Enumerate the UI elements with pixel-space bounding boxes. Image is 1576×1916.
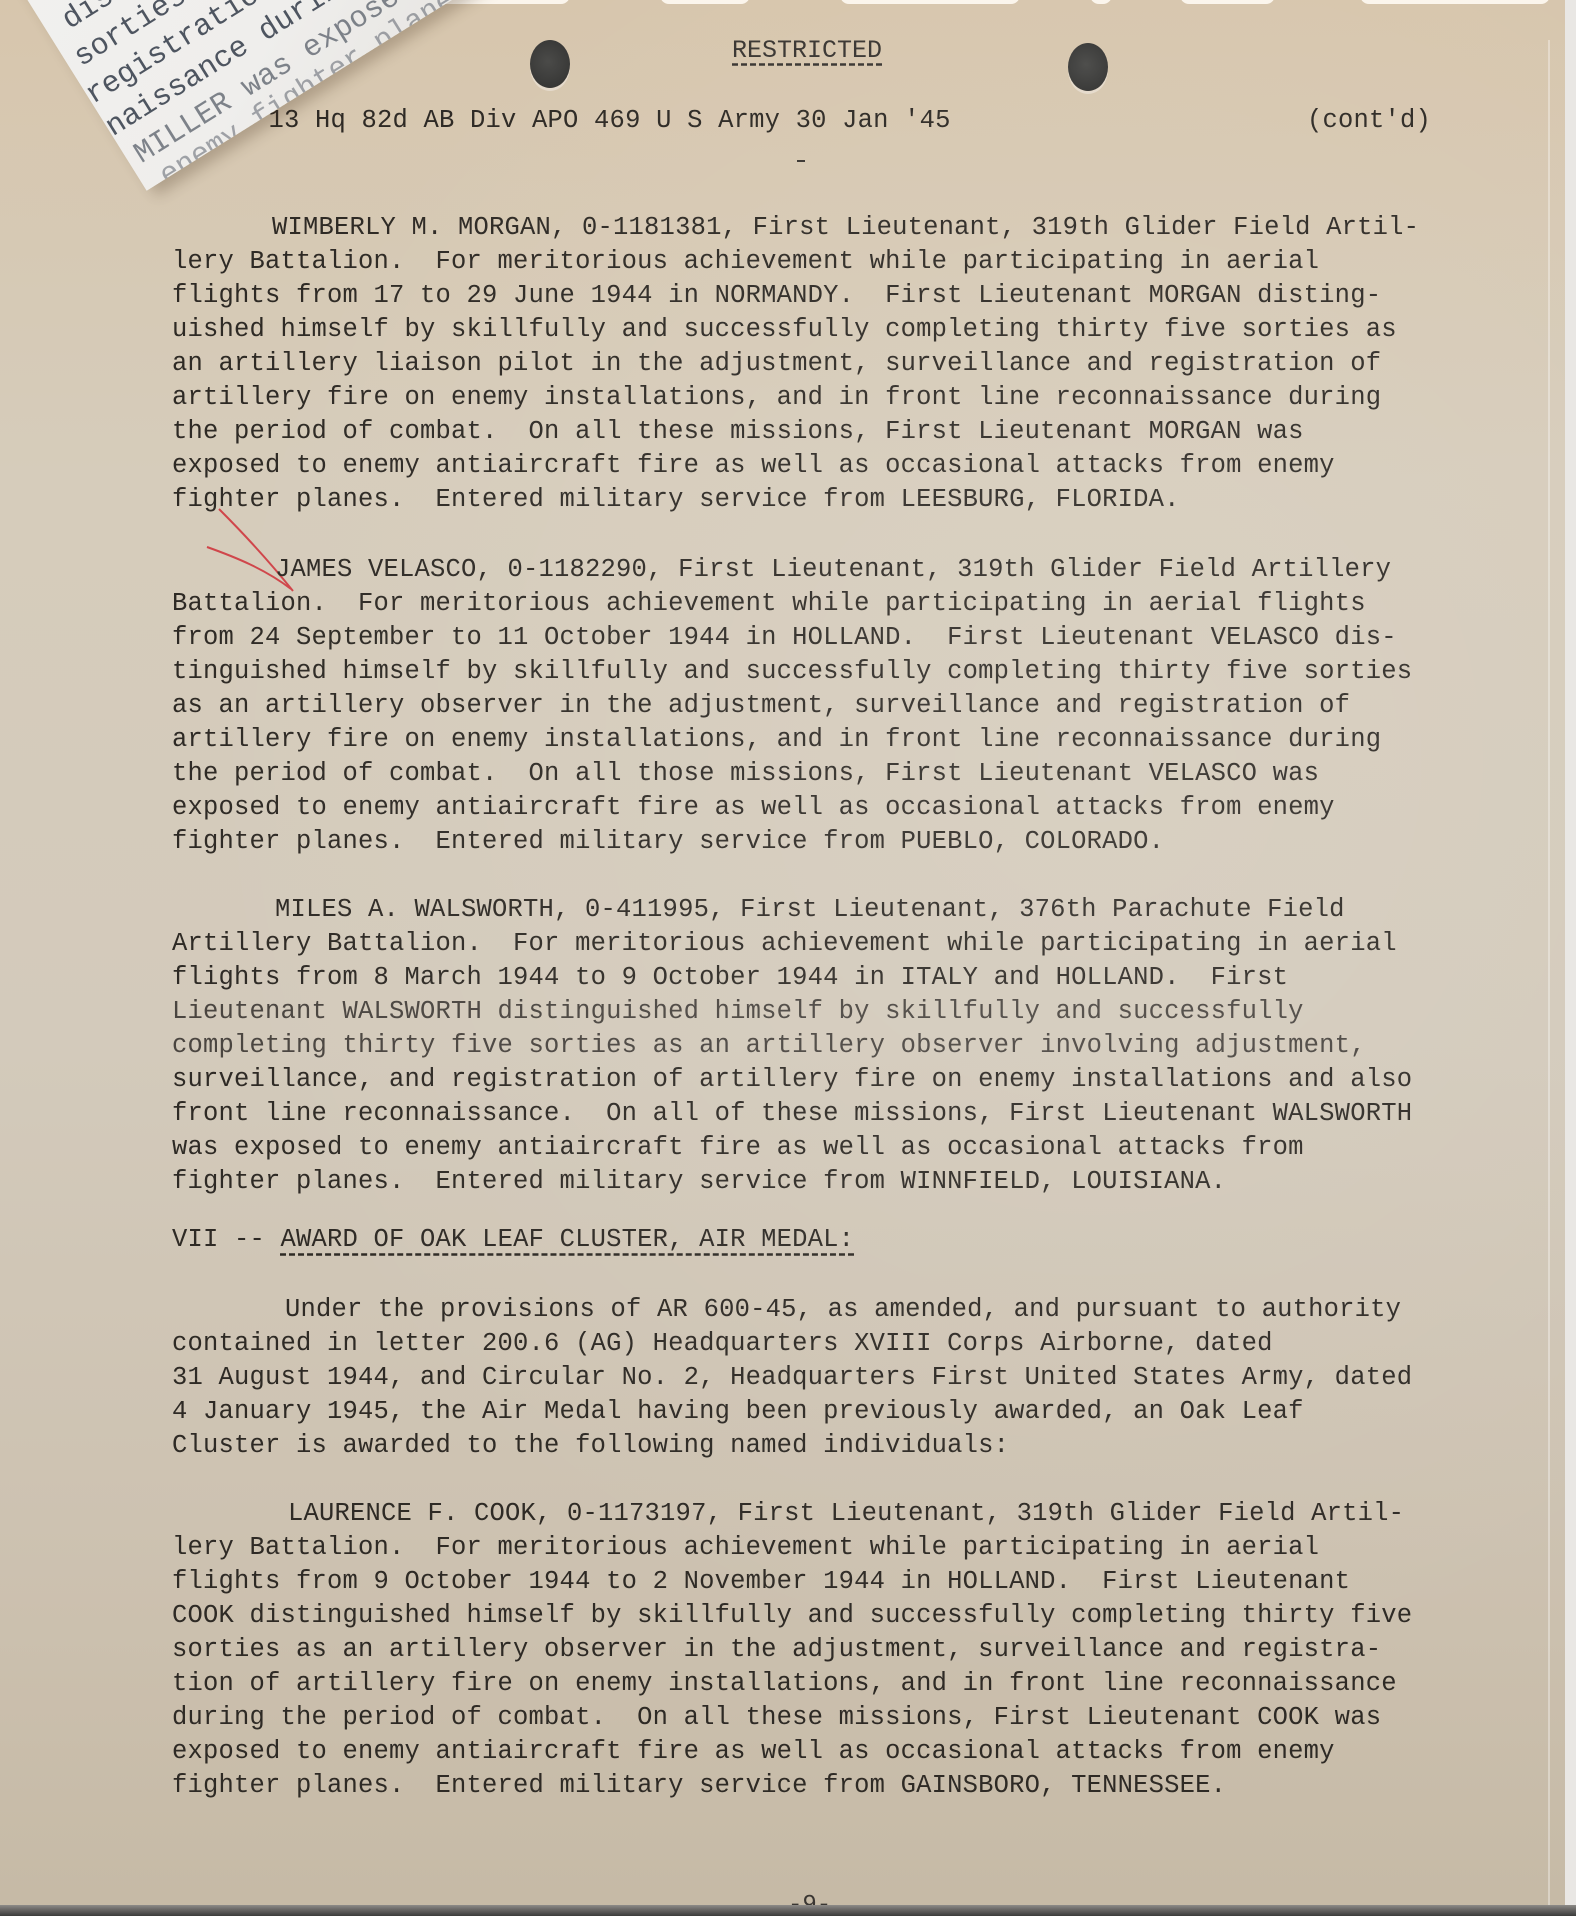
citation-line: tion of artillery fire on enemy installa…	[172, 1669, 1397, 1699]
citation-line: front line reconnaissance. On all of the…	[172, 1099, 1412, 1129]
citation-line: Lieutenant WALSWORTH distinguished himse…	[172, 997, 1304, 1027]
citation-line: the period of combat. On all these missi…	[172, 417, 1304, 447]
citation-line: LAURENCE F. COOK, 0-1173197, First Lieut…	[288, 1499, 1404, 1529]
citation-line: flights from 8 March 1944 to 9 October 1…	[172, 963, 1288, 993]
curled-page: June distin sorties registration of nais…	[0, 0, 520, 191]
citation-line: JAMES VELASCO, 0-1182290, First Lieutena…	[275, 555, 1391, 585]
background-strip	[1565, 0, 1576, 1905]
citation-line: Artillery Battalion. For meritorious ach…	[172, 929, 1397, 959]
citation-line: exposed to enemy antiaircraft fire as we…	[172, 451, 1335, 481]
citation-line: an artillery liaison pilot in the adjust…	[172, 349, 1381, 379]
citation-line: COOK distinguished himself by skillfully…	[172, 1601, 1412, 1631]
citation-line: uished himself by skillfully and success…	[172, 315, 1397, 345]
classification-marking: RESTRICTED	[732, 36, 882, 65]
citation-line: was exposed to enemy antiaircraft fire a…	[172, 1133, 1304, 1163]
continued-label: (cont'd)	[1307, 106, 1431, 136]
citation-line: tinguished himself by skillfully and suc…	[172, 657, 1412, 687]
bottom-edge-bar	[0, 1905, 1576, 1916]
curled-page-corner: June distin sorties registration of nais…	[0, 0, 520, 300]
citation-line: the period of combat. On all those missi…	[172, 759, 1319, 789]
glare-reflection	[1180, 0, 1275, 4]
page-edge-crease	[1548, 40, 1550, 1905]
citation-line: during the period of combat. On all thes…	[172, 1703, 1381, 1733]
citation-line: fighter planes. Entered military service…	[172, 1771, 1226, 1801]
provisions-line: 4 January 1945, the Air Medal having bee…	[172, 1397, 1304, 1427]
citation-line: exposed to enemy antiaircraft fire as we…	[172, 1737, 1335, 1767]
provisions-line: Under the provisions of AR 600-45, as am…	[285, 1295, 1401, 1325]
page-number: -9-	[788, 1892, 831, 1905]
section-heading: VII -- AWARD OF OAK LEAF CLUSTER, AIR ME…	[172, 1225, 854, 1255]
provisions-line: Cluster is awarded to the following name…	[172, 1431, 1009, 1461]
glare-reflection	[660, 0, 750, 4]
glare-reflection	[840, 0, 1020, 4]
document-page: RESTRICTED No 13 Hq 82d AB Div APO 469 U…	[0, 0, 1565, 1905]
citation-line: exposed to enemy antiaircraft fire as we…	[172, 793, 1335, 823]
citation-line: fighter planes. Entered military service…	[172, 827, 1164, 857]
glare-reflection	[1360, 0, 1550, 4]
citation-line: completing thirty five sorties as an art…	[172, 1031, 1366, 1061]
citation-line: artillery fire on enemy installations, a…	[172, 725, 1381, 755]
citation-line: sorties as an artillery observer in the …	[172, 1635, 1381, 1665]
citation-line: from 24 September to 11 October 1944 in …	[172, 623, 1397, 653]
provisions-line: 31 August 1944, and Circular No. 2, Head…	[172, 1363, 1412, 1393]
citation-line: flights from 9 October 1944 to 2 Novembe…	[172, 1567, 1350, 1597]
punch-hole-right	[1068, 43, 1108, 91]
citation-line: fighter planes. Entered military service…	[172, 1167, 1226, 1197]
citation-line: MILES A. WALSWORTH, 0-411995, First Lieu…	[275, 895, 1345, 925]
provisions-line: contained in letter 200.6 (AG) Headquart…	[172, 1329, 1273, 1359]
citation-line: as an artillery observer in the adjustme…	[172, 691, 1350, 721]
separator-dash	[797, 160, 805, 162]
section-title: AWARD OF OAK LEAF CLUSTER, AIR MEDAL:	[281, 1225, 855, 1254]
glare-reflection	[1090, 0, 1112, 4]
section-number: VII --	[172, 1225, 265, 1254]
citation-line: surveillance, and registration of artill…	[172, 1065, 1412, 1095]
citation-line: lery Battalion. For meritorious achievem…	[172, 1533, 1319, 1563]
punch-hole-left	[530, 40, 570, 88]
citation-line: artillery fire on enemy installations, a…	[172, 383, 1381, 413]
citation-line: Battalion. For meritorious achievement w…	[172, 589, 1366, 619]
citation-line: fighter planes. Entered military service…	[172, 485, 1180, 515]
